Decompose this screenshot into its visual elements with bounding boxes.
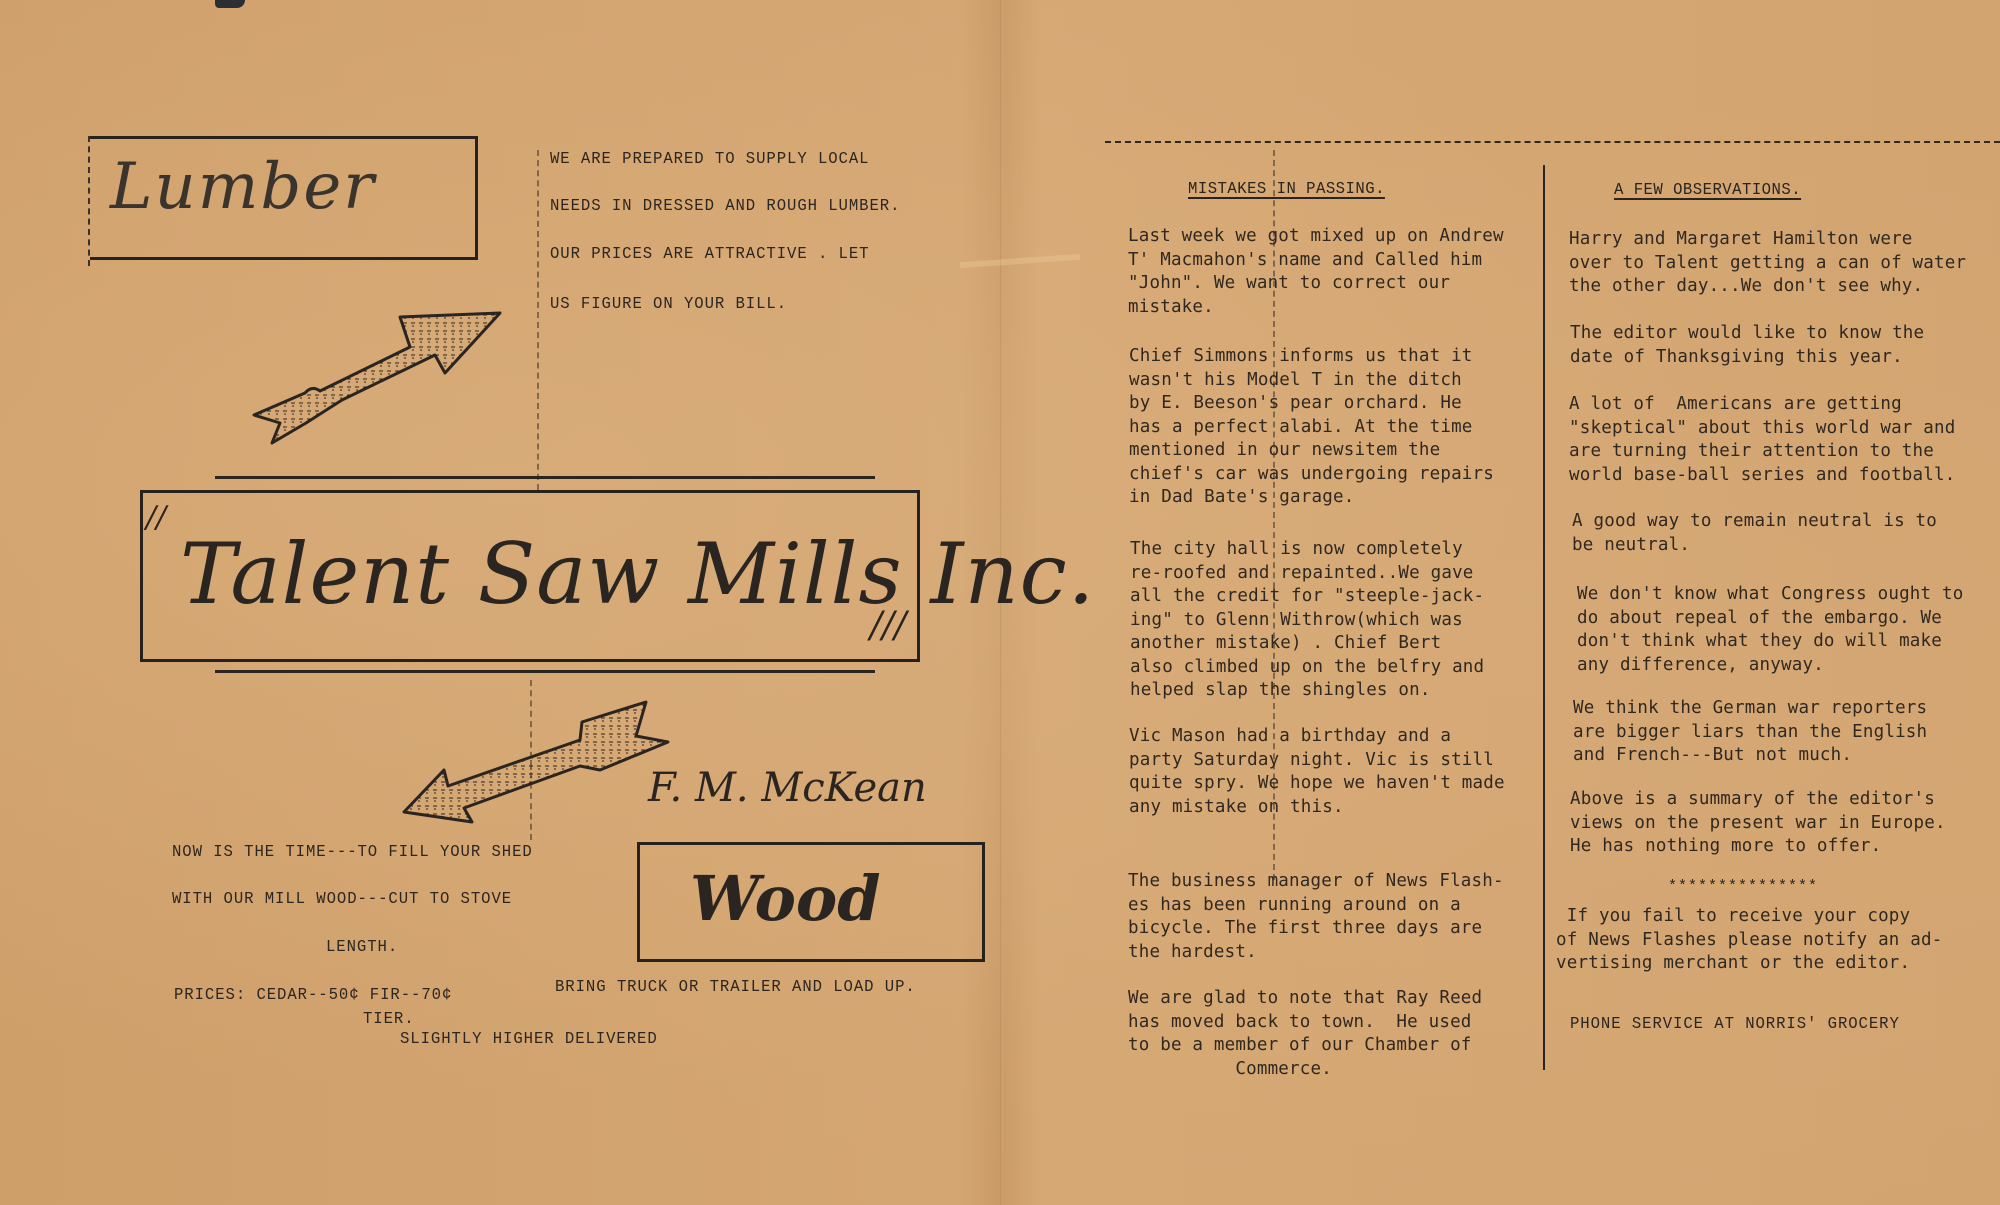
wood-copy-line-1: NOW IS THE TIME---TO FILL YOUR SHED (172, 843, 533, 862)
separator-stars: *************** (1668, 878, 1818, 895)
wood-copy-line-2: WITH OUR MILL WOOD---CUT TO STOVE (172, 890, 512, 909)
news-item: Chief Simmons informs us that it wasn't … (1129, 345, 1494, 510)
lumber-copy-line-3: OUR PRICES ARE ATTRACTIVE . LET (550, 245, 869, 264)
ink-blot (215, 0, 245, 8)
company-top-rule (215, 476, 875, 479)
news-item: We are glad to note that Ray Reed has mo… (1128, 987, 1482, 1081)
observation-item: Above is a summary of the editor's views… (1570, 788, 1946, 859)
wood-tier: TIER. (363, 1010, 415, 1029)
company-bottom-rule (215, 670, 875, 673)
news-item: Vic Mason had a birthday and a party Sat… (1129, 725, 1505, 819)
news-item: The city hall is now completely re-roofe… (1130, 538, 1484, 703)
company-name: Talent Saw Mills Inc. (180, 525, 1095, 623)
lumber-copy-line-4: US FIGURE ON YOUR BILL. (550, 295, 787, 314)
news-item: Last week we got mixed up on Andrew T' M… (1128, 225, 1504, 319)
wood-prices: PRICES: CEDAR--50¢ FIR--70¢ (174, 986, 452, 1005)
observation-item: A lot of Americans are getting "skeptica… (1569, 393, 1956, 487)
heading-a-few-observations: A FEW OBSERVATIONS. (1614, 181, 1801, 200)
news-item: The business manager of News Flash- es h… (1128, 870, 1504, 964)
paper-crease (960, 254, 1080, 268)
wood-copy-line-3: LENGTH. (326, 938, 398, 957)
delivery-notice: If you fail to receive your copy of News… (1556, 905, 1943, 976)
lumber-copy-line-2: NEEDS IN DRESSED AND ROUGH LUMBER. (550, 197, 900, 216)
top-dashed-rule (1105, 141, 2000, 143)
signature: F. M. McKean (648, 765, 927, 811)
arrow-down-left-icon (400, 700, 680, 830)
heading-mistakes-in-passing: MISTAKES IN PASSING. (1188, 180, 1385, 199)
box-corner-hatch-tl: // (146, 500, 166, 535)
wood-delivered: SLIGHTLY HIGHER DELIVERED (400, 1030, 658, 1049)
observation-item: We think the German war reporters are bi… (1573, 697, 1927, 768)
margin-dashed-line (537, 150, 539, 490)
observation-item: Harry and Margaret Hamilton were over to… (1569, 228, 1966, 299)
column-divider (1543, 165, 1545, 1070)
lumber-title: Lumber (110, 150, 376, 224)
phone-service-footer: PHONE SERVICE AT NORRIS' GROCERY (1570, 1015, 1900, 1034)
arrow-up-right-icon (250, 305, 510, 455)
observation-item: The editor would like to know the date o… (1570, 322, 1924, 369)
observation-item: We don't know what Congress ought to do … (1577, 583, 1964, 677)
observation-item: A good way to remain neutral is to be ne… (1572, 510, 1937, 557)
wood-load-note: BRING TRUCK OR TRAILER AND LOAD UP. (555, 978, 916, 997)
wood-title: Wood (690, 862, 881, 935)
lumber-copy-line-1: WE ARE PREPARED TO SUPPLY LOCAL (550, 150, 869, 169)
